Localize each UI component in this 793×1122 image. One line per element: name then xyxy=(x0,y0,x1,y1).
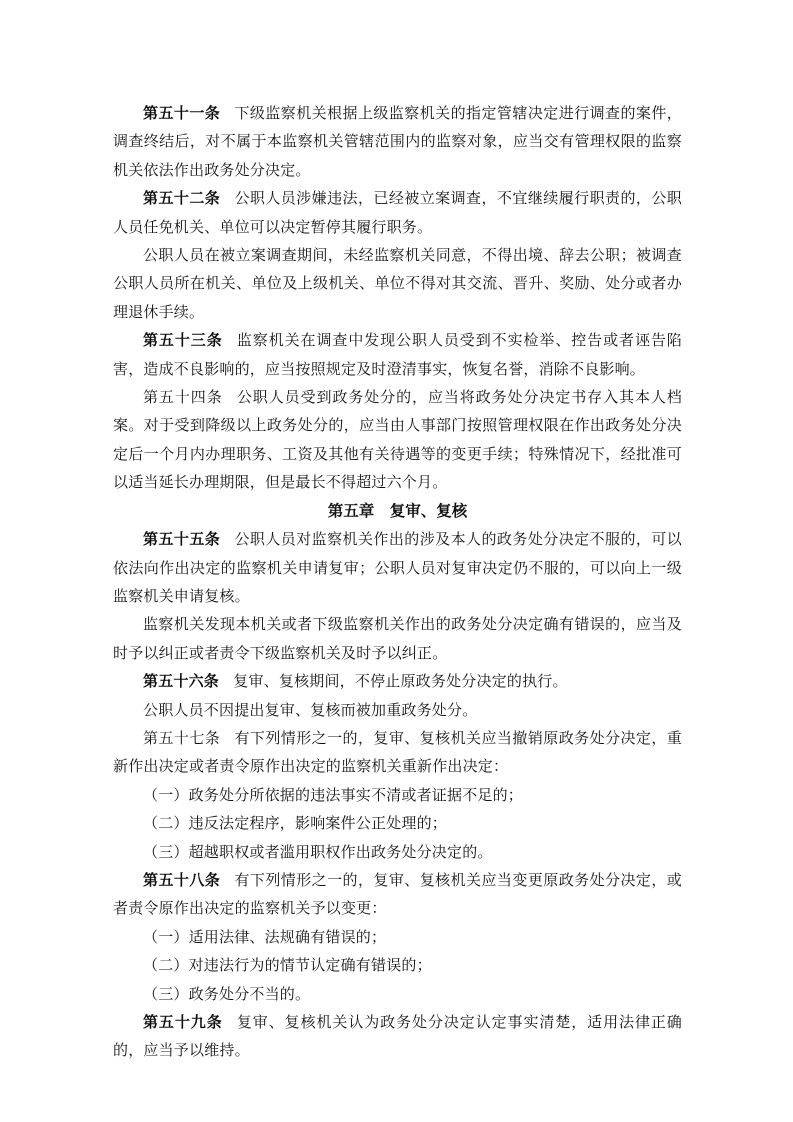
article-number: 第五十三条 xyxy=(143,333,223,349)
article-number: 第五十四条 xyxy=(143,390,223,406)
body-paragraph: （一）政务处分所依据的违法事实不清或者证据不足的； xyxy=(113,782,682,810)
article-number: 第五十八条 xyxy=(143,873,220,889)
chapter-heading: 第五章 复审、复核 xyxy=(113,498,682,526)
article-number: 第五十五条 xyxy=(143,532,220,548)
body-paragraph: （三）政务处分不当的。 xyxy=(113,981,682,1009)
body-paragraph: 公职人员在被立案调查期间，未经监察机关同意，不得出境、辞去公职；被调查公职人员所… xyxy=(113,242,682,327)
article-paragraph: 第五十七条有下列情形之一的，复审、复核机关应当撤销原政务处分决定，重新作出决定或… xyxy=(113,725,682,782)
article-paragraph: 第五十八条有下列情形之一的，复审、复核机关应当变更原政务处分决定，或者责令原作出… xyxy=(113,867,682,924)
article-paragraph: 第五十三条监察机关在调查中发现公职人员受到不实检举、控告或者诬告陷害，造成不良影… xyxy=(113,327,682,384)
body-paragraph: （一）适用法律、法规确有错误的； xyxy=(113,924,682,952)
article-number: 第五十六条 xyxy=(143,674,219,690)
article-paragraph: 第五十九条复审、复核机关认为政务处分决定认定事实清楚，适用法律正确的，应当予以维… xyxy=(113,1009,682,1066)
body-paragraph: 公职人员不因提出复审、复核而被加重政务处分。 xyxy=(113,697,682,725)
article-number: 第五十九条 xyxy=(143,1015,223,1031)
article-paragraph: 第五十六条复审、复核期间，不停止原政务处分决定的执行。 xyxy=(113,668,682,696)
article-number: 第五十二条 xyxy=(143,191,220,207)
article-paragraph: 第五十五条公职人员对监察机关作出的涉及本人的政务处分决定不服的，可以依法向作出决… xyxy=(113,526,682,611)
body-paragraph: 监察机关发现本机关或者下级监察机关作出的政务处分决定确有错误的，应当及时予以纠正… xyxy=(113,611,682,668)
body-paragraph: （二）对违法行为的情节认定确有错误的； xyxy=(113,952,682,980)
body-paragraph: （二）违反法定程序，影响案件公正处理的； xyxy=(113,810,682,838)
article-paragraph: 第五十一条下级监察机关根据上级监察机关的指定管辖决定进行调查的案件，调查终结后，… xyxy=(113,100,682,185)
article-paragraph: 第五十四条公职人员受到政务处分的，应当将政务处分决定书存入其本人档案。对于受到降… xyxy=(113,384,682,498)
article-paragraph: 第五十二条公职人员涉嫌违法，已经被立案调查，不宜继续履行职责的，公职人员任免机关… xyxy=(113,185,682,242)
document-page: 第五十一条下级监察机关根据上级监察机关的指定管辖决定进行调查的案件，调查终结后，… xyxy=(0,0,793,1122)
document-content: 第五十一条下级监察机关根据上级监察机关的指定管辖决定进行调查的案件，调查终结后，… xyxy=(113,100,682,1066)
body-paragraph: （三）超越职权或者滥用职权作出政务处分决定的。 xyxy=(113,839,682,867)
article-text: 复审、复核期间，不停止原政务处分决定的执行。 xyxy=(233,674,567,690)
article-number: 第五十七条 xyxy=(143,731,220,747)
article-number: 第五十一条 xyxy=(143,106,220,122)
